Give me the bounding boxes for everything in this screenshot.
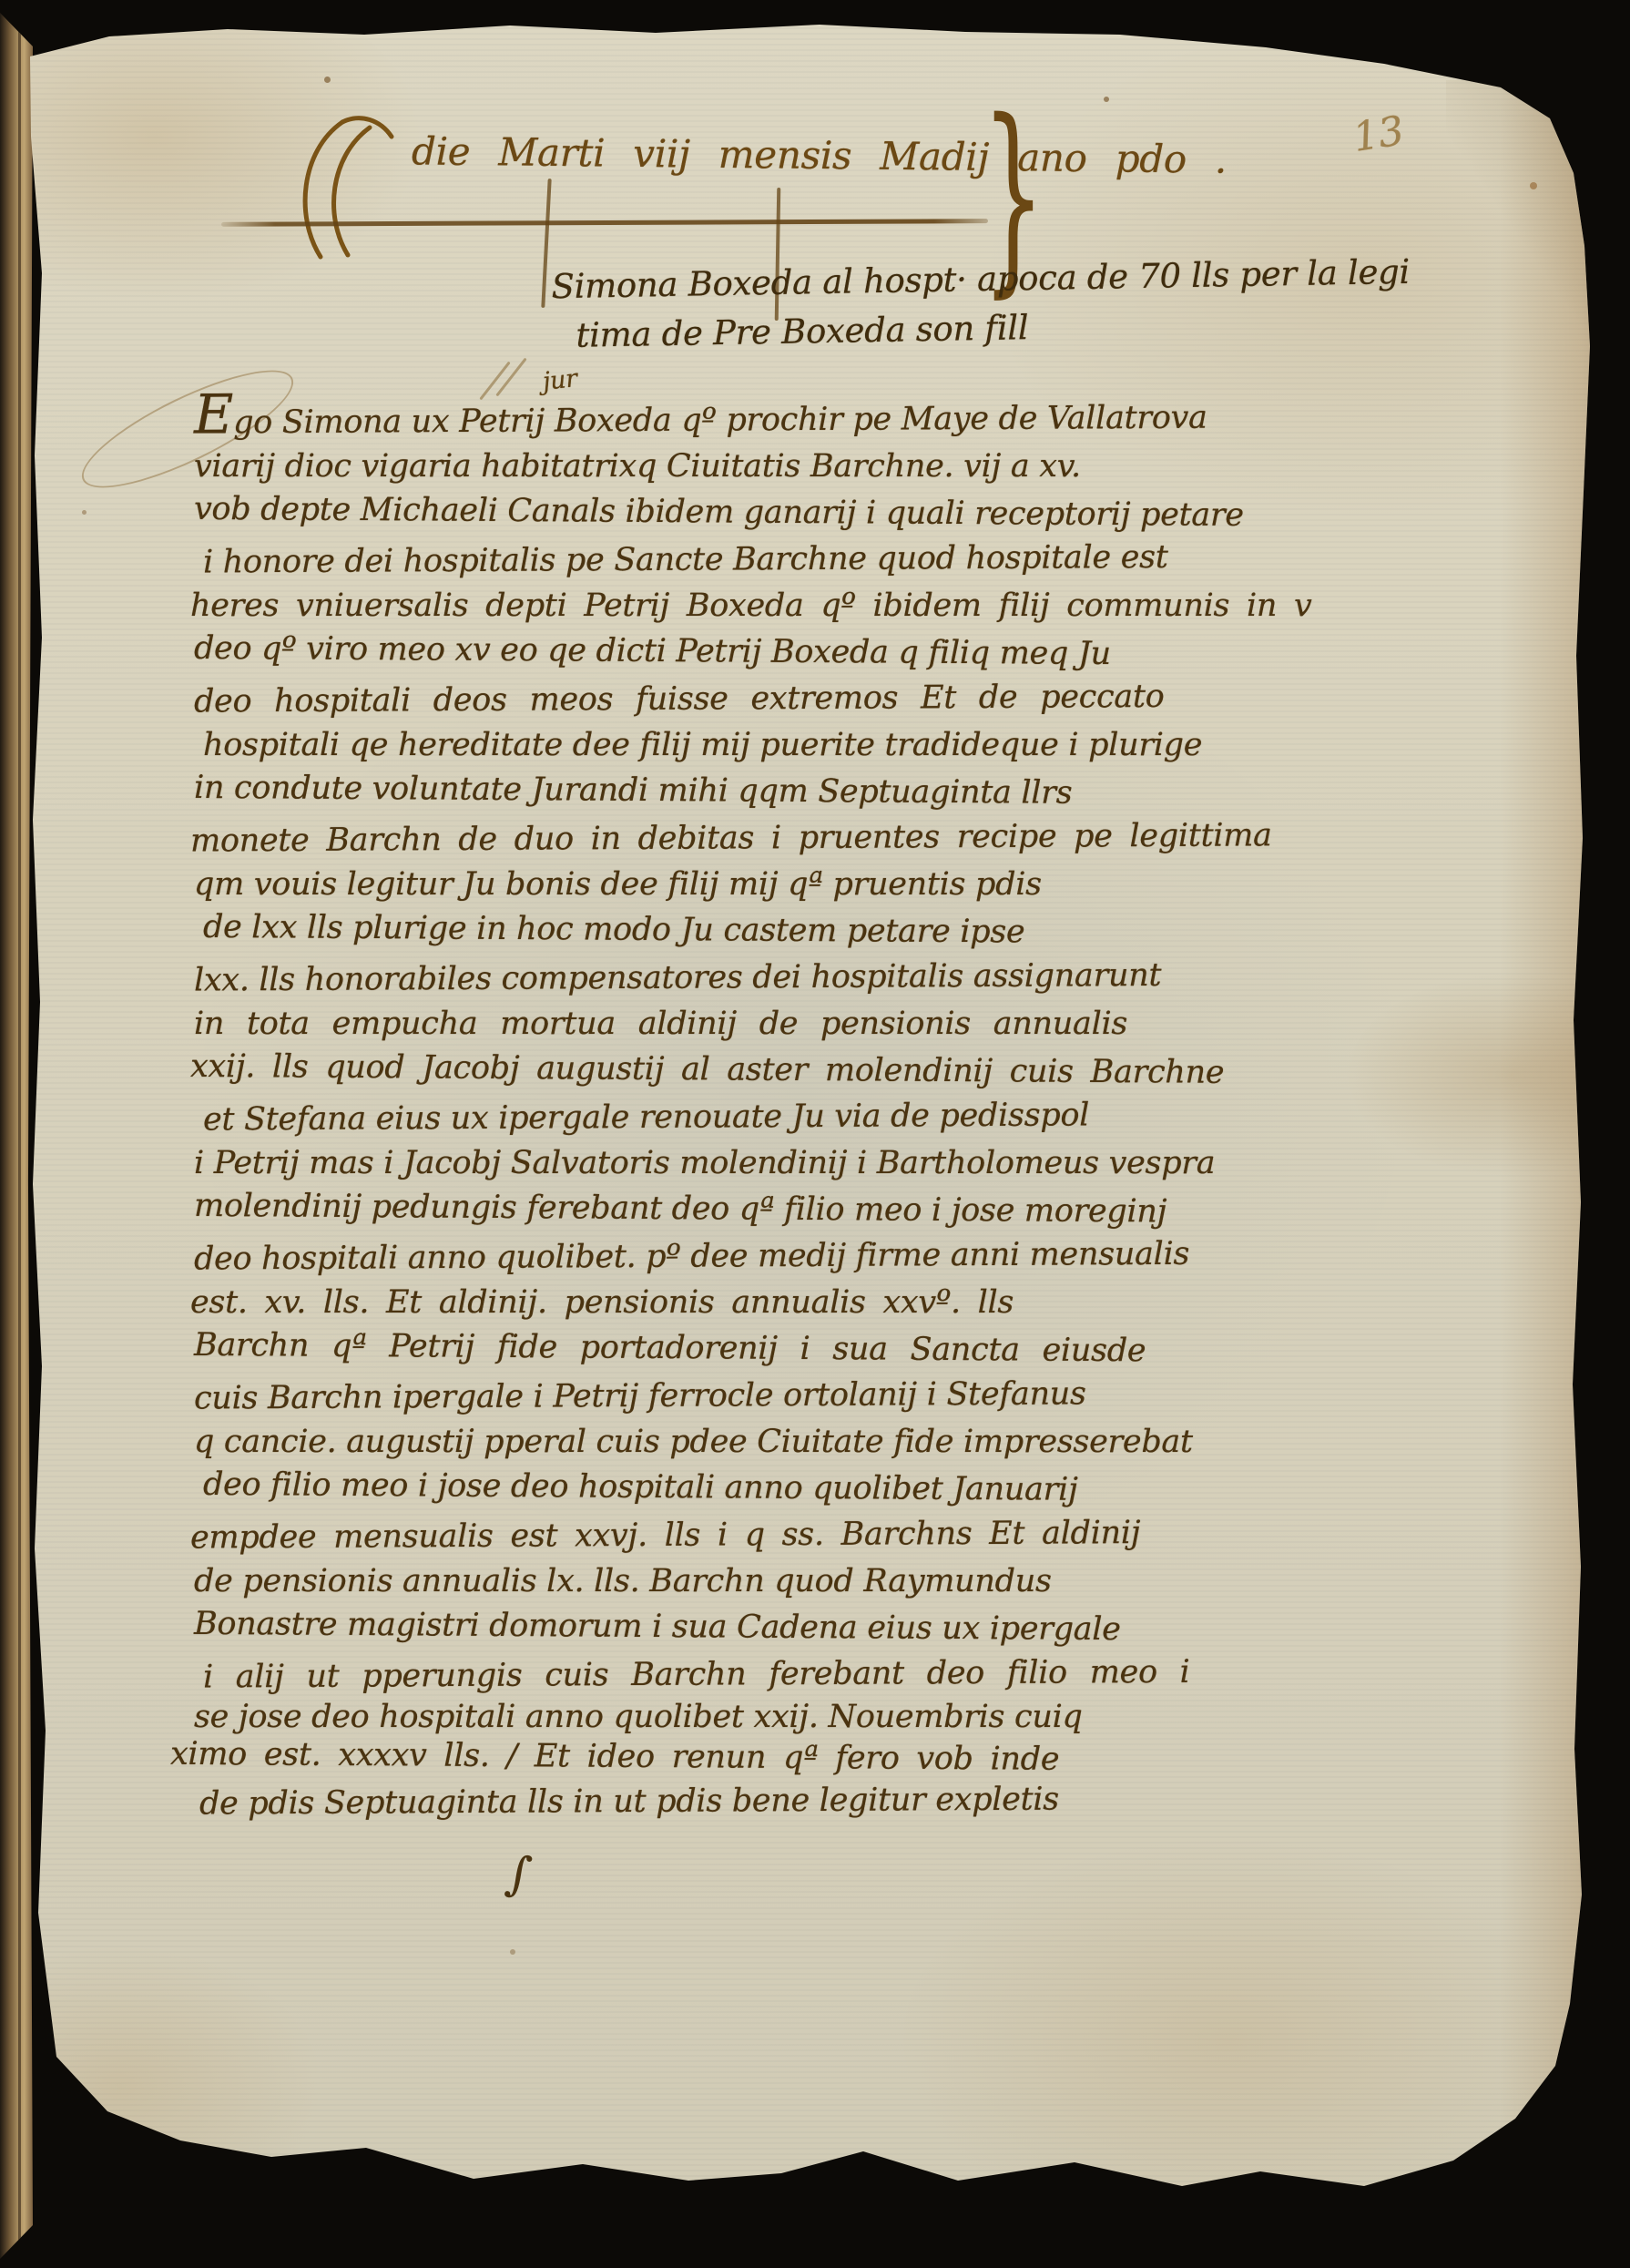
- manuscript-line: deo hospitali deos meos fuisse extremos …: [194, 672, 1419, 725]
- jur-annotation: jur: [541, 364, 578, 396]
- manuscript-line: i honore dei hospitalis pe Sancte Barchn…: [203, 534, 1419, 587]
- header-parenthesis-flourish-icon: [290, 115, 399, 264]
- manuscript-scan: die Marti viij mensis Madij ano pdo . } …: [0, 0, 1630, 2268]
- body-text: Ego Simona ux Petrij Boxeda qº prochir p…: [194, 397, 1419, 1824]
- manuscript-line: molendinij pedungis ferebant deo qª fili…: [194, 1183, 1419, 1237]
- manuscript-line: est. xv. lls. Et aldinij. pensionis annu…: [190, 1280, 1419, 1326]
- paper-stain: [510, 1949, 515, 1955]
- manuscript-line: Bonastre magistri domorum i sua Cadena e…: [194, 1601, 1419, 1655]
- manuscript-line: in condute voluntate Jurandi mihi qqm Se…: [194, 765, 1419, 819]
- manuscript-line: lxx. lls honorabiles compensatores dei h…: [194, 951, 1419, 1004]
- manuscript-line: hospitali qe hereditate dee filij mij pu…: [203, 722, 1419, 769]
- manuscript-line: viarij dioc vigaria habitatrixq Ciuitati…: [194, 444, 1419, 490]
- manuscript-line: Barchn qª Petrij fide portadorenij i sua…: [194, 1323, 1419, 1376]
- end-flourish-icon: ∫: [503, 1845, 535, 1903]
- ink-speck: [1104, 97, 1109, 102]
- manuscript-line: deo hospitali anno quolibet. pº dee medi…: [194, 1230, 1419, 1282]
- paper-stain: [1530, 182, 1537, 189]
- manuscript-line: q cancie. augustij pperal cuis pdee Ciui…: [194, 1419, 1419, 1466]
- manuscript-line: de pdis Septuaginta lls in ut pdis bene …: [199, 1774, 1419, 1827]
- manuscript-line: de pensionis annualis lx. lls. Barchn qu…: [194, 1558, 1419, 1605]
- manuscript-line: i Petrij mas i Jacobj Salvatoris molendi…: [194, 1140, 1419, 1187]
- manuscript-line: Ego Simona ux Petrij Boxeda qº prochir p…: [194, 393, 1419, 446]
- manuscript-line: monete Barchn de duo in debitas i pruent…: [190, 812, 1419, 864]
- manuscript-line: in tota empucha mortua aldinij de pensio…: [194, 1001, 1419, 1047]
- manuscript-line: cuis Barchn ipergale i Petrij ferrocle o…: [194, 1369, 1419, 1422]
- manuscript-line: empdee mensualis est xxvj. lls i q ss. B…: [190, 1508, 1419, 1561]
- manuscript-line: vob depte Michaeli Canals ibidem ganarij…: [194, 486, 1419, 540]
- manuscript-line: et Stefana eius ux ipergale renouate Ju …: [203, 1091, 1419, 1144]
- header-descender-stroke: [541, 179, 551, 308]
- ink-speck: [324, 77, 331, 83]
- docket-note: Simona Boxeda al hospt· apoca de 70 lls …: [551, 248, 1411, 361]
- manuscript-line: deo qº viro meo xv eo qe dicti Petrij Bo…: [194, 626, 1419, 679]
- manuscript-line: xxij. lls quod Jacobj augustij al aster …: [190, 1044, 1419, 1098]
- manuscript-page: die Marti viij mensis Madij ano pdo . } …: [0, 0, 1630, 2268]
- manuscript-line: deo filio meo i jose deo hospitali anno …: [203, 1462, 1419, 1516]
- header-caption: die Marti viij mensis Madij ano pdo .: [412, 128, 1227, 181]
- manuscript-line: heres vniuersalis depti Petrij Boxeda qº…: [190, 583, 1419, 629]
- jur-flourish-stroke: [495, 358, 526, 397]
- book-gutter-page-edges: [0, 13, 33, 2259]
- manuscript-line: de lxx lls plurige in hoc modo Ju castem…: [203, 904, 1419, 958]
- manuscript-line: qm vouis legitur Ju bonis dee filij mij …: [194, 862, 1419, 908]
- paper-stain: [82, 510, 87, 515]
- folio-number: 13: [1350, 107, 1407, 161]
- paper-corner-shade: [1446, 80, 1610, 372]
- manuscript-line: i alij ut pperungis cuis Barchn ferebant…: [203, 1649, 1419, 1701]
